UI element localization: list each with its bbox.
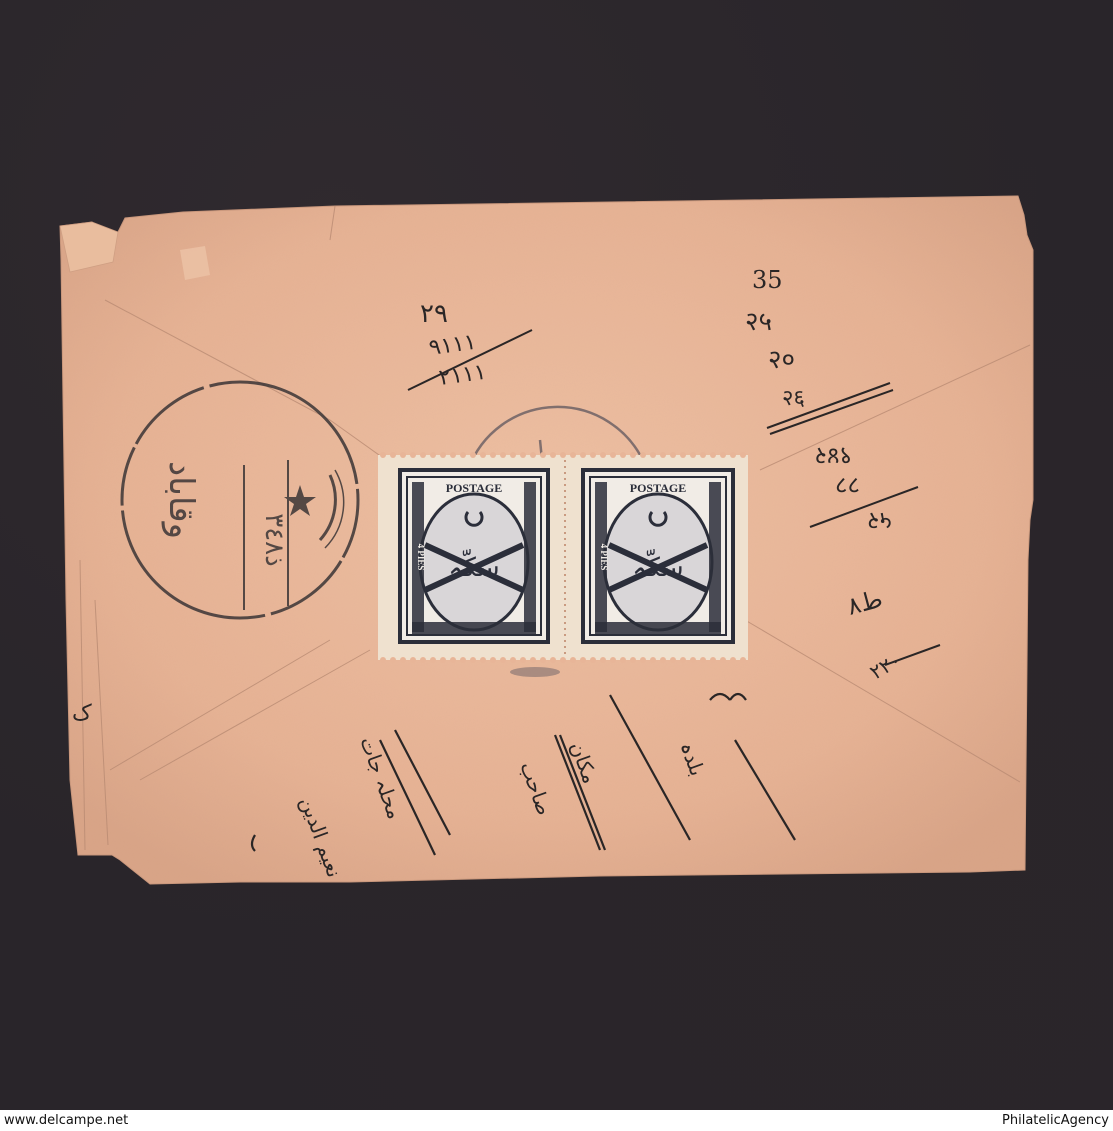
svg-text:ذ٣٤٨: ذ٣٤٨	[259, 513, 289, 566]
svg-text:4 PIES: 4 PIES	[599, 544, 609, 571]
svg-text:२५: २५	[745, 307, 772, 337]
watermark-left: www.delcampe.net	[4, 1110, 128, 1131]
svg-text:POSTAGE: POSTAGE	[446, 481, 502, 495]
svg-text:وقاباد: وقاباد	[161, 461, 201, 539]
svg-text:८८: ८८	[835, 471, 860, 499]
watermark-bar: www.delcampe.net PhilatelicAgency	[0, 1110, 1113, 1131]
envelope-cover: وقاباد ذ٣٤٨	[0, 0, 1113, 1110]
svg-text:٢٩: ٢٩	[420, 299, 448, 329]
edge-mark: ک	[72, 701, 92, 726]
svg-text:२६: २६	[782, 386, 805, 411]
watermark-right: PhilatelicAgency	[1002, 1110, 1109, 1131]
stamp-right: POSTAGE 4 PIES سکّہ	[583, 470, 733, 642]
stamp-pair: POSTAGE 4 PIES سکّہ POSTAGE 4 PIES سکّہ	[378, 452, 748, 663]
svg-text:POSTAGE: POSTAGE	[630, 481, 686, 495]
svg-text:९४२: ९४२	[815, 442, 852, 470]
svg-text:५२: ५२	[867, 507, 892, 535]
svg-text:२०: २०	[768, 345, 795, 375]
svg-text:35: 35	[752, 266, 783, 294]
stamp-left: POSTAGE 4 PIES سکّہ	[400, 470, 548, 642]
svg-text:سکّہ: سکّہ	[448, 549, 499, 583]
svg-text:4 PIES: 4 PIES	[416, 544, 426, 571]
svg-text:سکّہ: سکّہ	[632, 549, 683, 583]
